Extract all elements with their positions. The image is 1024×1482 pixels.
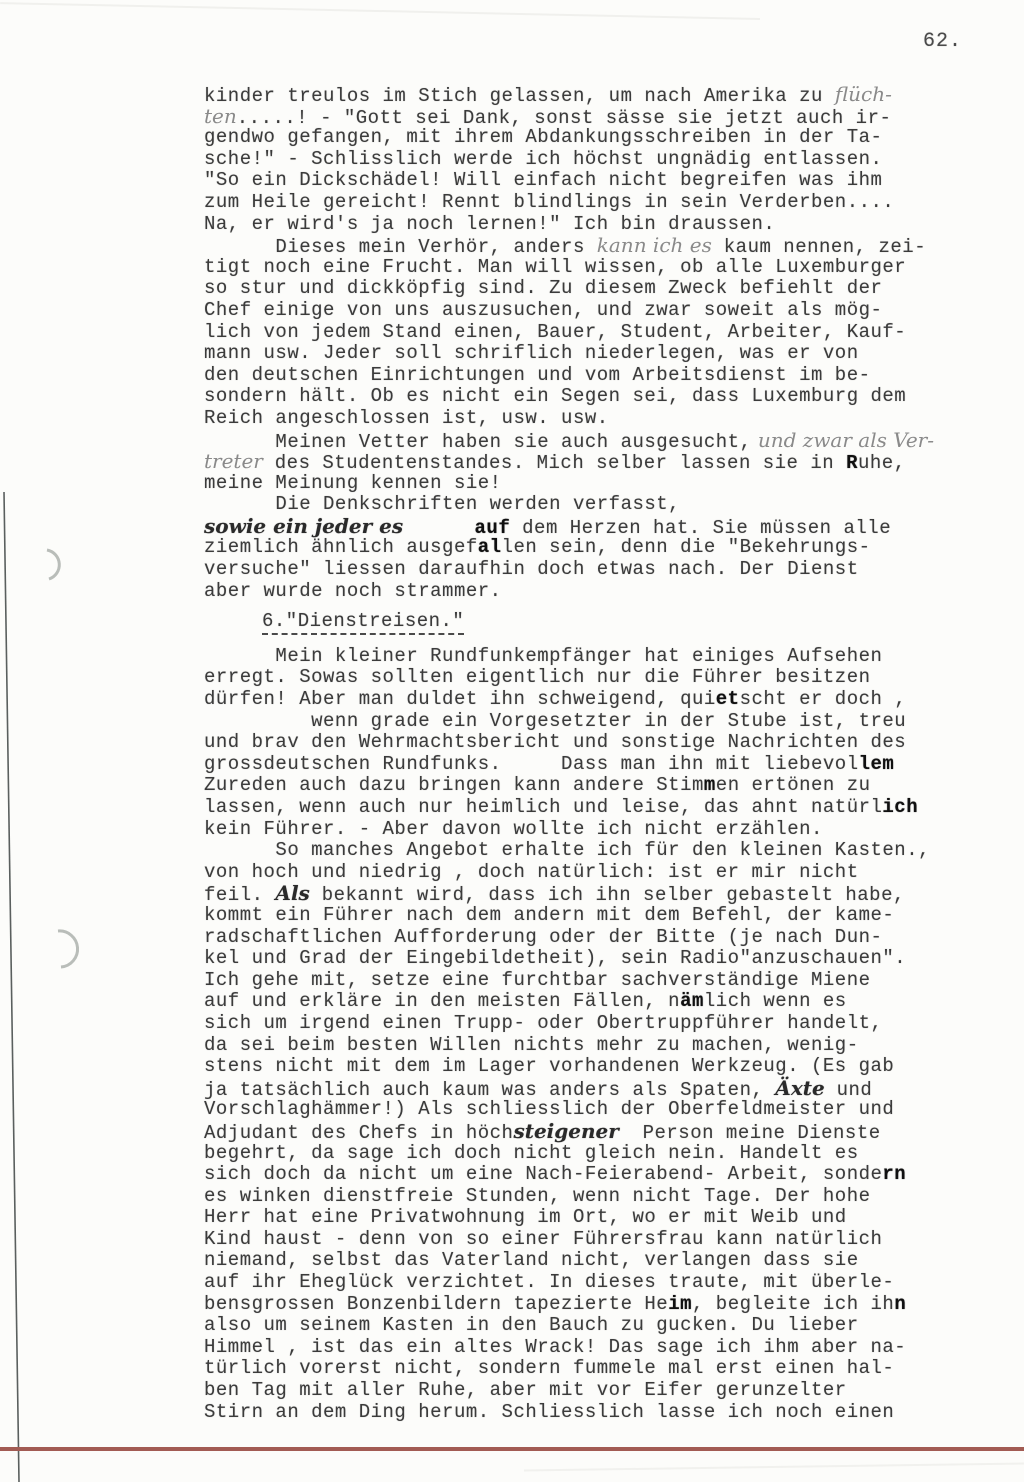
page-edge-line	[4, 492, 19, 1482]
text-line: versuche" liessen daraufhin doch etwas n…	[204, 559, 1009, 581]
text-line: es winken dienstfreie Stunden, wenn nich…	[204, 1186, 1009, 1208]
text-line: ja tatsächlich auch kaum was anders als …	[204, 1078, 1009, 1100]
text-line: Ich gehe mit, setze eine furchtbar sachv…	[204, 970, 1009, 992]
typed-text: lich von jedem Stand einen, Bauer, Stude…	[204, 321, 906, 343]
typed-text: mann usw. Jeder soll schriflich niederle…	[204, 342, 859, 364]
document-page: 62. kinder treulos im Stich gelassen, um…	[0, 0, 1024, 1482]
typed-text: sich um irgend einen Trupp- oder Obertru…	[204, 1012, 882, 1034]
typed-text: Reich angeschlossen ist, usw. usw.	[204, 407, 609, 429]
typed-text: lassen, wenn auch nur heimlich und leise…	[204, 796, 882, 818]
text-line: lassen, wenn auch nur heimlich und leise…	[204, 797, 1009, 819]
paper-crease	[524, 1463, 1024, 1482]
typed-text: 6."Dienstreisen."	[262, 610, 464, 635]
typed-text: kommt ein Führer nach dem andern mit dem…	[204, 904, 894, 926]
typed-text: erregt. Sowas sollten eigentlich nur die…	[204, 666, 871, 688]
typed-text: m	[704, 774, 716, 796]
typed-text: So manches Angebot erhalte ich für den k…	[204, 839, 930, 861]
typed-text: also um seinem Kasten in den Bauch zu gu…	[204, 1314, 859, 1336]
typed-text: Vorschlaghämmer!) Als schliesslich der O…	[204, 1098, 894, 1120]
text-line: gendwo gefangen, mit ihrem Abdankungssch…	[204, 127, 1009, 149]
handwritten-text: flüch-	[835, 82, 892, 106]
text-line: 6."Dienstreisen."	[262, 611, 1009, 633]
text-line: Mein kleiner Rundfunkempfänger hat einig…	[204, 646, 1009, 668]
typed-text: rn	[882, 1163, 906, 1185]
text-line: also um seinem Kasten in den Bauch zu gu…	[204, 1315, 1009, 1337]
typed-text: begehrt, da sage ich doch nicht gleich n…	[204, 1142, 859, 1164]
text-line: erregt. Sowas sollten eigentlich nur die…	[204, 667, 1009, 689]
text-line: von hoch und niedrig , doch natürlich: i…	[204, 862, 1009, 884]
punch-hole	[47, 550, 59, 579]
typed-text: aber wurde noch strammer.	[204, 580, 502, 602]
text-line: Himmel , ist das ein altes Wrack! Das sa…	[204, 1337, 1009, 1359]
text-line: Kind haust - denn von so einer Führersfr…	[204, 1229, 1009, 1251]
text-line: radschaftlichen Aufforderung oder der Bi…	[204, 927, 1009, 949]
typed-text: auf und erkläre in den meisten Fällen, n	[204, 990, 680, 1012]
typed-text: R	[846, 452, 858, 474]
typed-text: tigt noch eine Frucht. Man will wissen, …	[204, 256, 906, 278]
typed-text: Zureden auch dazu bringen kann andere St…	[204, 774, 704, 796]
paragraph: Mein kleiner Rundfunkempfänger hat einig…	[204, 646, 1009, 840]
text-line: meine Meinung kennen sie!	[204, 473, 1009, 495]
text-line: Meinen Vetter haben sie auch ausgesucht,…	[204, 430, 1009, 452]
punch-hole	[58, 931, 78, 967]
paragraph: So manches Angebot erhalte ich für den k…	[204, 840, 1009, 1423]
text-line: mann usw. Jeder soll schriflich niederle…	[204, 343, 1009, 365]
text-line: den deutschen Einrichtungen und vom Arbe…	[204, 365, 1009, 387]
text-line: Stirn an dem Ding herum. Schliesslich la…	[204, 1402, 1009, 1424]
text-line: bensgrossen Bonzenbildern tapezierte Hei…	[204, 1294, 1009, 1316]
text-line: lich von jedem Stand einen, Bauer, Stude…	[204, 322, 1009, 344]
typed-text: Kind haust - denn von so einer Führersfr…	[204, 1228, 882, 1250]
typed-text: äm	[680, 990, 704, 1012]
text-line: da sei beim besten Willen nichts mehr zu…	[204, 1035, 1009, 1057]
text-line: Die Denkschriften werden verfasst,	[204, 494, 1009, 516]
text-line: Adjudant des Chefs in höchsteigener Pers…	[204, 1121, 1009, 1143]
typed-text: und brav den Wehrmachtsbericht und sonst…	[204, 731, 906, 753]
text-line: aber wurde noch strammer.	[204, 581, 1009, 603]
typed-text: wenn grade ein Vorgesetzter in der Stube…	[204, 710, 906, 732]
paragraph: kinder treulos im Stich gelassen, um nac…	[204, 84, 1009, 235]
typed-text: lem	[859, 753, 895, 775]
text-line: sich doch da nicht um eine Nach-Feierabe…	[204, 1164, 1009, 1186]
text-line: wenn grade ein Vorgesetzter in der Stube…	[204, 711, 1009, 733]
text-line: dürfen! Aber man duldet ihn schweigend, …	[204, 689, 1009, 711]
paper-crease	[0, 2, 760, 60]
typed-text: Herr hat eine Privatwohnung im Ort, wo e…	[204, 1206, 847, 1228]
section-heading: 6."Dienstreisen."	[262, 611, 1009, 633]
text-line: kein Führer. - Aber davon wollte ich nic…	[204, 819, 1009, 841]
text-line: auf ihr Eheglück verzichtet. In dieses t…	[204, 1272, 1009, 1294]
text-line: "So ein Dickschädel! Will einfach nicht …	[204, 170, 1009, 192]
paragraph: Die Denkschriften werden verfasst,sowie …	[204, 494, 1009, 602]
text-line: Herr hat eine Privatwohnung im Ort, wo e…	[204, 1207, 1009, 1229]
typed-text: Na, er wird's ja noch lernen!" Ich bin d…	[204, 213, 775, 235]
typed-text: dürfen! Aber man duldet ihn schweigend, …	[204, 688, 716, 710]
typed-text: ben Tag mit aller Ruhe, aber mit vor Eif…	[204, 1379, 847, 1401]
typed-text: versuche" liessen daraufhin doch etwas n…	[204, 558, 859, 580]
typed-text: , begleite ich ih	[692, 1293, 894, 1315]
text-line: so stur und dickköpfig sind. Zu diesem Z…	[204, 278, 1009, 300]
typed-text: bensgrossen Bonzenbildern tapezierte He	[204, 1293, 668, 1315]
typed-text: lich wenn es	[704, 990, 847, 1012]
text-line: grossdeutschen Rundfunks. Dass man ihn m…	[204, 754, 1009, 776]
typed-text: sich doch da nicht um eine Nach-Feierabe…	[204, 1163, 882, 1185]
text-line: Na, er wird's ja noch lernen!" Ich bin d…	[204, 214, 1009, 236]
text-line: und brav den Wehrmachtsbericht und sonst…	[204, 732, 1009, 754]
typed-text: gendwo gefangen, mit ihrem Abdankungssch…	[204, 126, 882, 148]
typed-text: len sein, denn die "Bekehrungs-	[502, 536, 871, 558]
text-line: sich um irgend einen Trupp- oder Obertru…	[204, 1013, 1009, 1035]
text-line: ten.....! - "Gott sei Dank, sonst sässe …	[204, 106, 1009, 128]
typed-text: zum Heile gereicht! Rennt blindlings in …	[204, 191, 894, 213]
text-line: stens nicht mit dem im Lager vorhandenen…	[204, 1056, 1009, 1078]
typed-text: uhe,	[858, 452, 906, 474]
typed-text: Meinen Vetter haben sie auch ausgesucht,	[204, 431, 752, 453]
typed-text: al	[478, 536, 502, 558]
typed-text: grossdeutschen Rundfunks. Dass man ihn m…	[204, 753, 859, 775]
text-line: Vorschlaghämmer!) Als schliesslich der O…	[204, 1099, 1009, 1121]
typed-text: meine Meinung kennen sie!	[204, 472, 502, 494]
handwritten-text: kann ich es	[597, 233, 712, 257]
typed-text: scht er doch ,	[740, 688, 907, 710]
handwritten-text: Als	[275, 881, 309, 905]
text-line: ben Tag mit aller Ruhe, aber mit vor Eif…	[204, 1380, 1009, 1402]
typed-text: auf ihr Eheglück verzichtet. In dieses t…	[204, 1271, 894, 1293]
text-line: kinder treulos im Stich gelassen, um nac…	[204, 84, 1009, 106]
text-line: niemand, selbst das Vaterland nicht, ver…	[204, 1250, 1009, 1272]
typed-text: ziemlich ähnlich ausgef	[204, 536, 478, 558]
text-line: sowie ein jeder es auf dem Herzen hat. S…	[204, 516, 1009, 538]
typed-text: kein Führer. - Aber davon wollte ich nic…	[204, 818, 823, 840]
text-line: Dieses mein Verhör, anders kann ich es k…	[204, 235, 1009, 257]
typed-text: niemand, selbst das Vaterland nicht, ver…	[204, 1249, 859, 1271]
typed-text: Himmel , ist das ein altes Wrack! Das sa…	[204, 1336, 906, 1358]
typed-text: türlich vorerst nicht, sondern fummele m…	[204, 1357, 894, 1379]
typed-text: kel und Grad der Eingebildetheit), sein …	[204, 947, 906, 969]
typed-text: Mein kleiner Rundfunkempfänger hat einig…	[204, 645, 882, 667]
text-line: kommt ein Führer nach dem andern mit dem…	[204, 905, 1009, 927]
typed-text: Chef einige von uns auszusuchen, und zwa…	[204, 299, 882, 321]
text-line: tigt noch eine Frucht. Man will wissen, …	[204, 257, 1009, 279]
text-block: kinder treulos im Stich gelassen, um nac…	[204, 84, 1009, 1423]
text-line: begehrt, da sage ich doch nicht gleich n…	[204, 1143, 1009, 1165]
typed-text: so stur und dickköpfig sind. Zu diesem Z…	[204, 277, 882, 299]
page-number: 62.	[923, 30, 962, 53]
handwritten-text: treter	[204, 449, 263, 473]
typed-text: Stirn an dem Ding herum. Schliesslich la…	[204, 1401, 894, 1423]
typed-text: Die Denkschriften werden verfasst,	[204, 493, 680, 515]
text-line: zum Heile gereicht! Rennt blindlings in …	[204, 192, 1009, 214]
typed-text: da sei beim besten Willen nichts mehr zu…	[204, 1034, 859, 1056]
typed-text: n	[894, 1293, 906, 1315]
text-line: So manches Angebot erhalte ich für den k…	[204, 840, 1009, 862]
text-line: treter des Studentenstandes. Mich selber…	[204, 451, 1009, 473]
handwritten-text: ten	[204, 104, 237, 128]
typed-text: ich	[882, 796, 918, 818]
typed-text: radschaftlichen Aufforderung oder der Bi…	[204, 926, 882, 948]
text-line: auf und erkläre in den meisten Fällen, n…	[204, 991, 1009, 1013]
text-line: türlich vorerst nicht, sondern fummele m…	[204, 1358, 1009, 1380]
typed-text: en ertönen zu	[716, 774, 871, 796]
typed-text: den deutschen Einrichtungen und vom Arbe…	[204, 364, 871, 386]
handwritten-text: und zwar als Ver-	[752, 428, 934, 452]
text-line: Chef einige von uns auszusuchen, und zwa…	[204, 300, 1009, 322]
text-line: sche!" - Schlisslich werde ich höchst un…	[204, 149, 1009, 171]
typed-text: von hoch und niedrig , doch natürlich: i…	[204, 861, 859, 883]
handwritten-text: steigener	[513, 1119, 618, 1143]
paragraph: Meinen Vetter haben sie auch ausgesucht,…	[204, 430, 1009, 495]
typed-text: sondern hält. Ob es nicht ein Segen sei,…	[204, 385, 906, 407]
typed-text: sche!" - Schlisslich werde ich höchst un…	[204, 148, 882, 170]
typed-text: "So ein Dickschädel! Will einfach nicht …	[204, 169, 882, 191]
text-line: ziemlich ähnlich ausgefallen sein, denn …	[204, 537, 1009, 559]
paragraph: Dieses mein Verhör, anders kann ich es k…	[204, 235, 1009, 429]
typed-text: es winken dienstfreie Stunden, wenn nich…	[204, 1185, 871, 1207]
text-line: kel und Grad der Eingebildetheit), sein …	[204, 948, 1009, 970]
text-line: sondern hält. Ob es nicht ein Segen sei,…	[204, 386, 1009, 408]
bottom-rule	[0, 1447, 1024, 1451]
text-line: Zureden auch dazu bringen kann andere St…	[204, 775, 1009, 797]
typed-text: im	[668, 1293, 692, 1315]
handwritten-text: Äxte	[775, 1076, 824, 1100]
text-line: Reich angeschlossen ist, usw. usw.	[204, 408, 1009, 430]
typed-text: stens nicht mit dem im Lager vorhandenen…	[204, 1055, 894, 1077]
typed-text: et	[716, 688, 740, 710]
typed-text: Ich gehe mit, setze eine furchtbar sachv…	[204, 969, 871, 991]
text-line: feil. Als bekannt wird, dass ich ihn sel…	[204, 883, 1009, 905]
typed-text: kinder treulos im Stich gelassen, um nac…	[204, 85, 835, 107]
handwritten-text: sowie ein jeder es	[204, 514, 403, 538]
